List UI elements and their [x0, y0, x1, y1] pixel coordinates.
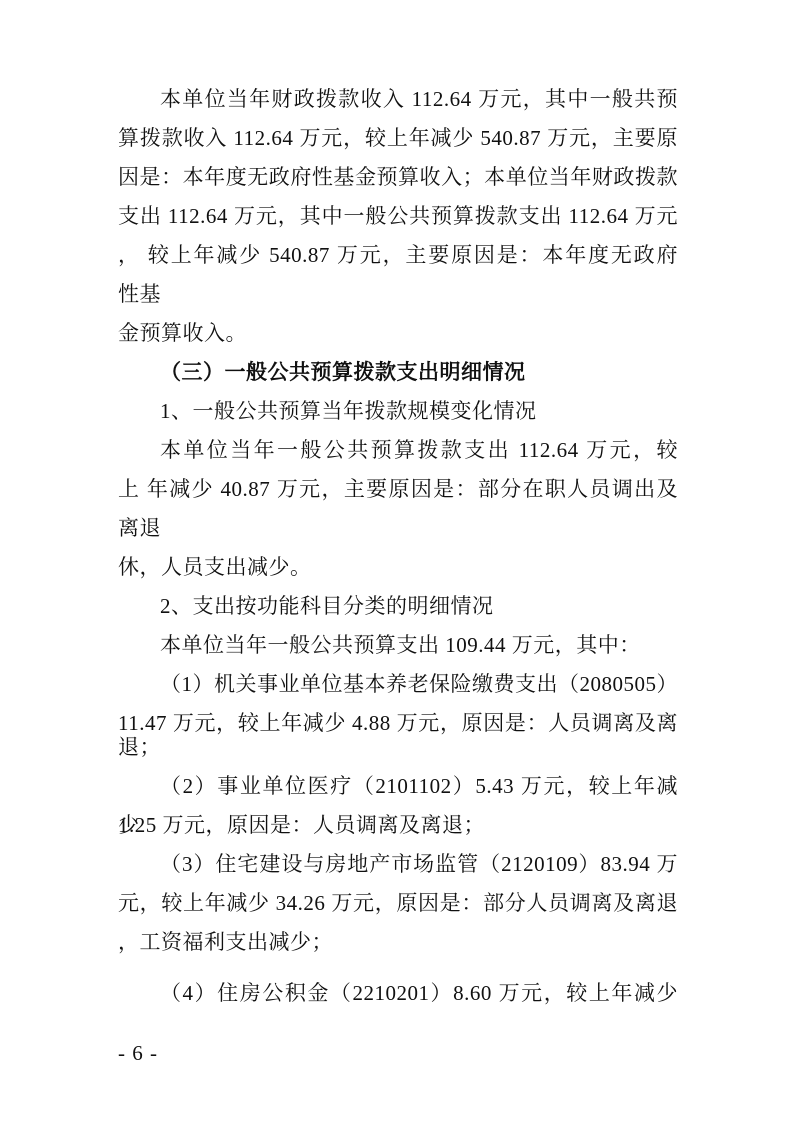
paragraph-line: 因是：本年度无政府性基金预算收入；本单位当年财政拨款: [118, 158, 678, 197]
paragraph-line: 算拨款收入 112.64 万元，较上年减少 540.87 万元，主要原: [118, 119, 678, 158]
paragraph-line: 11.47 万元，较上年减少 4.88 万元，原因是：人员调离及离: [118, 704, 678, 743]
paragraph-line: 休，人员支出减少。: [118, 548, 678, 587]
section-heading: （三）一般公共预算拨款支出明细情况: [118, 353, 678, 392]
paragraph-line: 本单位当年一般公共预算拨款支出 112.64 万元，较: [118, 431, 678, 470]
subsection-heading: 2、支出按功能科目分类的明细情况: [118, 587, 678, 626]
paragraph-line: 性基: [118, 275, 678, 314]
paragraph-line: （1）机关事业单位基本养老保险缴费支出（2080505）: [118, 665, 678, 704]
page-number: - 6 -: [118, 1040, 158, 1066]
paragraph-line: 本单位当年一般公共预算支出 109.44 万元，其中：: [118, 626, 678, 665]
paragraph-line: 金预算收入。: [118, 314, 678, 353]
paragraph-line: 1.25 万元，原因是：人员调离及离退；: [118, 806, 678, 845]
paragraph-line: （2）事业单位医疗（2101102）5.43 万元，较上年减少: [118, 767, 678, 806]
document-body: 本单位当年财政拨款收入 112.64 万元，其中一般共预 算拨款收入 112.6…: [118, 80, 678, 1013]
paragraph-line: （3）住宅建设与房地产市场监管（2120109）83.94 万: [118, 845, 678, 884]
paragraph-line: 本单位当年财政拨款收入 112.64 万元，其中一般共预: [118, 80, 678, 119]
paragraph-line: 离退: [118, 509, 678, 548]
paragraph-line: 元，较上年减少 34.26 万元，原因是：部分人员调离及离退: [118, 884, 678, 923]
subsection-heading: 1、一般公共预算当年拨款规模变化情况: [118, 392, 678, 431]
paragraph-line: 支出 112.64 万元，其中一般公共预算拨款支出 112.64 万元: [118, 197, 678, 236]
paragraph-line: ， 较上年减少 540.87 万元，主要原因是：本年度无政府: [118, 236, 678, 275]
paragraph-line: ，工资福利支出减少；: [118, 923, 678, 962]
paragraph-line: （4）住房公积金（2210201）8.60 万元，较上年减少: [118, 974, 678, 1013]
document-page: 本单位当年财政拨款收入 112.64 万元，其中一般共预 算拨款收入 112.6…: [0, 0, 793, 1122]
paragraph-line: 上 年减少 40.87 万元，主要原因是：部分在职人员调出及: [118, 470, 678, 509]
